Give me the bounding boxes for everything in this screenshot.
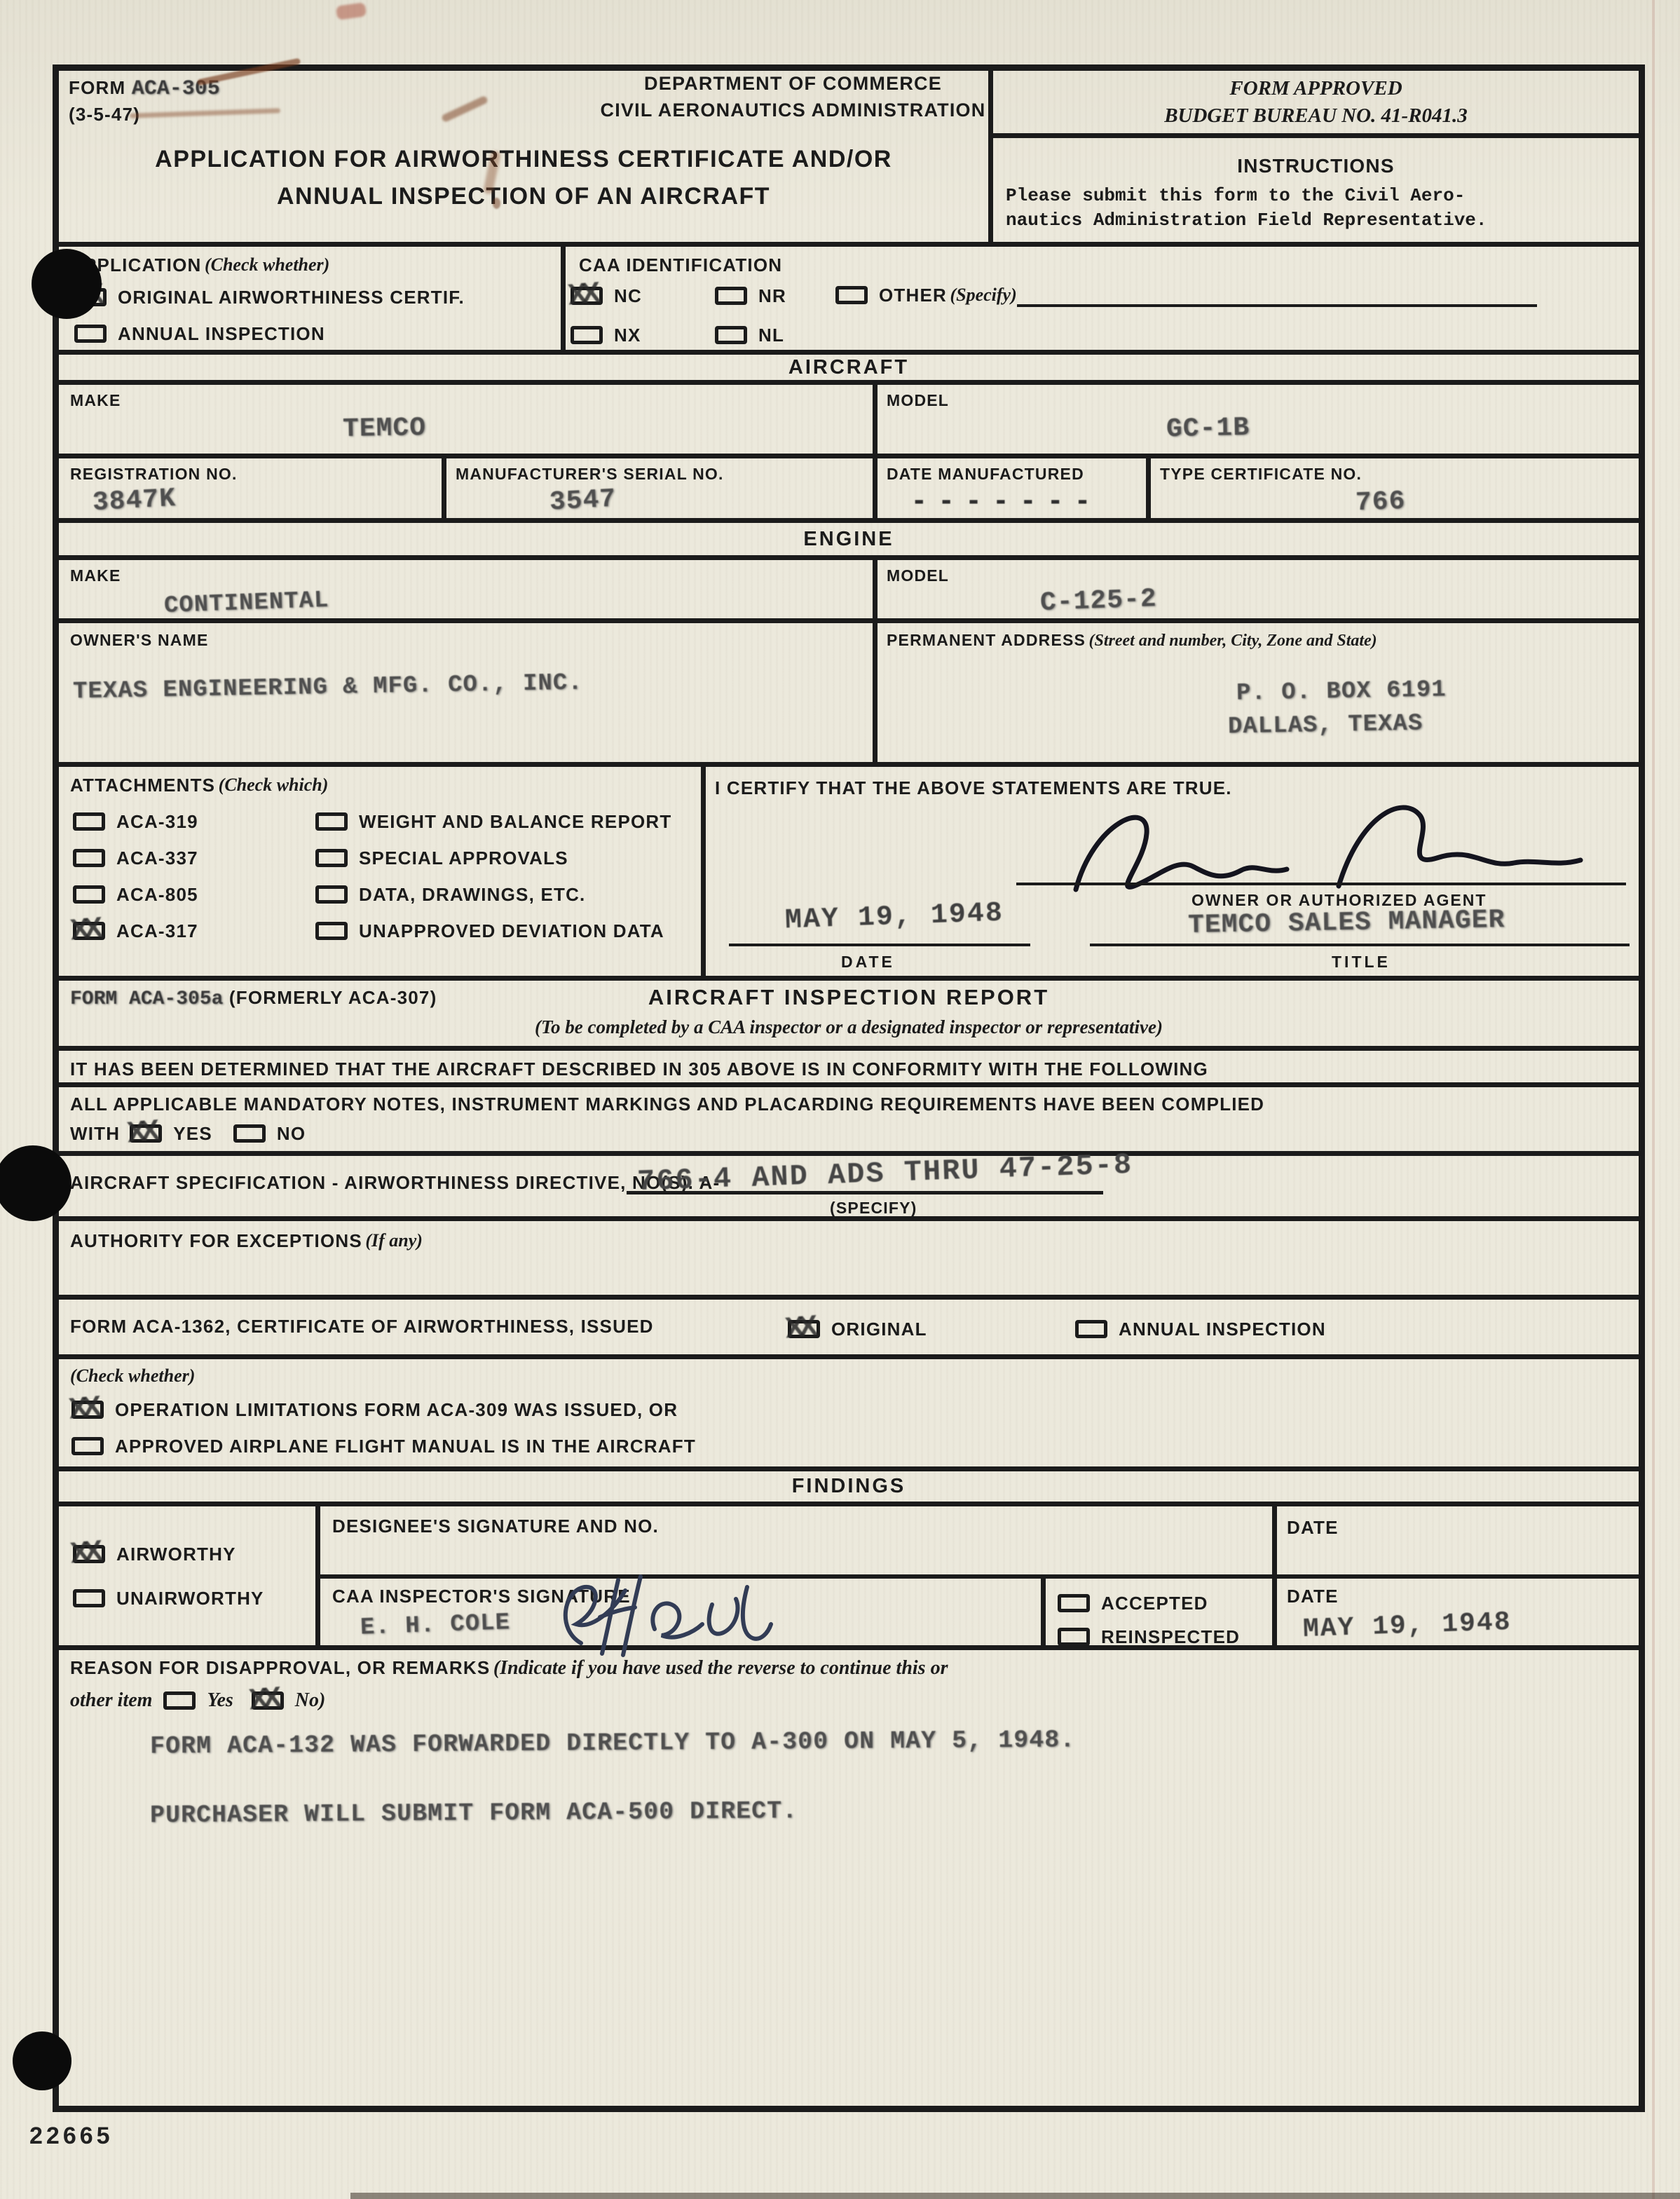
flight-manual-label: APPROVED AIRPLANE FLIGHT MANUAL IS IN TH… bbox=[115, 1435, 696, 1458]
with-label: WITH bbox=[70, 1122, 120, 1145]
application-heading: APPLICATION (Check whether) bbox=[70, 254, 329, 277]
application-hint: (Check whether) bbox=[205, 254, 329, 277]
checkbox-airworthy[interactable] bbox=[73, 1545, 105, 1563]
certify-title-label: TITLE bbox=[1332, 952, 1391, 972]
original-cert-label: ORIGINAL AIRWORTHINESS CERTIF. bbox=[118, 286, 465, 309]
instructions-body-line2: nautics Administration Field Representat… bbox=[1006, 208, 1626, 233]
registration-label: REGISTRATION NO. bbox=[70, 464, 238, 484]
check-whether-hint: (Check whether) bbox=[70, 1365, 195, 1388]
attachment-weight-balance: WEIGHT AND BALANCE REPORT bbox=[315, 810, 671, 833]
specify-hint: (SPECIFY) bbox=[830, 1198, 917, 1218]
findings-section-title: FINDINGS bbox=[792, 1476, 906, 1497]
checkbox-op-limitations[interactable] bbox=[71, 1401, 104, 1419]
checkbox-reverse-no[interactable] bbox=[252, 1691, 284, 1710]
aca1362-label: FORM ACA-1362, CERTIFICATE OF AIRWORTHIN… bbox=[70, 1315, 654, 1338]
attachment-unapproved-deviation: UNAPPROVED DEVIATION DATA bbox=[315, 920, 671, 943]
remarks-row: REASON FOR DISAPPROVAL, OR REMARKS (Indi… bbox=[59, 1650, 1639, 2106]
annual-inspection-label: ANNUAL INSPECTION bbox=[118, 322, 325, 346]
scan-crease bbox=[1652, 0, 1655, 2199]
checkbox-aca-317[interactable] bbox=[73, 922, 105, 940]
scan-bottom-edge bbox=[350, 2193, 1680, 2199]
serial-label: MANUFACTURER'S SERIAL NO. bbox=[456, 464, 724, 484]
spec-field[interactable]: 766-4 AND ADS THRU 47-25-8 (SPECIFY) bbox=[627, 1156, 1103, 1194]
accepted-option: ACCEPTED bbox=[1058, 1592, 1208, 1615]
type-cert-label: TYPE CERTIFICATE NO. bbox=[1160, 464, 1362, 484]
instructions-box: INSTRUCTIONS Please submit this form to … bbox=[993, 138, 1639, 233]
date-mfg-value[interactable]: - - - - - - - bbox=[914, 482, 1092, 517]
form-title-line1: APPLICATION FOR AIRWORTHINESS CERTIFICAT… bbox=[59, 145, 988, 174]
authority-hint: (If any) bbox=[365, 1230, 423, 1253]
checkbox-reverse-yes[interactable] bbox=[163, 1691, 196, 1710]
numbers-divider-2 bbox=[873, 458, 877, 518]
authority-label: AUTHORITY FOR EXCEPTIONS bbox=[70, 1230, 362, 1253]
aircraft-section-bar: AIRCRAFT bbox=[59, 355, 1639, 385]
form-header-row: FORM ACA-305 (3-5-47) DEPARTMENT OF COMM… bbox=[59, 71, 1639, 247]
owner-name-label: OWNER'S NAME bbox=[70, 630, 208, 651]
aca1362-row: FORM ACA-1362, CERTIFICATE OF AIRWORTHIN… bbox=[59, 1300, 1639, 1359]
header-divider bbox=[988, 71, 993, 242]
certify-date-label: DATE bbox=[841, 952, 895, 972]
other-specify-hint: (Specify) bbox=[950, 284, 1016, 307]
checkbox-nr[interactable] bbox=[715, 287, 747, 305]
unairworthy-label: UNAIRWORTHY bbox=[116, 1587, 264, 1610]
checkbox-data-drawings[interactable] bbox=[315, 885, 348, 904]
aircraft-make-label: MAKE bbox=[70, 390, 121, 411]
nx-label: NX bbox=[614, 324, 641, 347]
authority-heading: AUTHORITY FOR EXCEPTIONS (If any) bbox=[70, 1230, 423, 1253]
aircraft-make-value[interactable]: TEMCO bbox=[343, 412, 427, 446]
reinspected-label: REINSPECTED bbox=[1101, 1626, 1240, 1649]
inspector-signature[interactable] bbox=[542, 1563, 781, 1668]
checkbox-annual-inspection[interactable] bbox=[74, 325, 107, 343]
type-cert-value[interactable]: 766 bbox=[1355, 486, 1406, 519]
department-line: DEPARTMENT OF COMMERCE bbox=[542, 72, 1044, 96]
certification-cell: I CERTIFY THAT THE ABOVE STATEMENTS ARE … bbox=[701, 767, 1639, 976]
hole-punch-top bbox=[32, 249, 102, 319]
issued-annual-label: ANNUAL INSPECTION bbox=[1119, 1318, 1326, 1341]
page-serial-number: 22665 bbox=[29, 2123, 114, 2150]
approval-instructions-column: FORM APPROVED BUDGET BUREAU NO. 41-R041.… bbox=[993, 71, 1639, 242]
certify-title-line bbox=[1090, 944, 1630, 946]
checkbox-weight-balance[interactable] bbox=[315, 812, 348, 831]
nl-label: NL bbox=[758, 324, 784, 347]
numbers-divider-1 bbox=[442, 458, 446, 518]
owner-row: OWNER'S NAME TEXAS ENGINEERING & MFG. CO… bbox=[59, 623, 1639, 767]
certify-date-value[interactable]: MAY 19, 1948 bbox=[784, 900, 1004, 936]
complied-row: ALL APPLICABLE MANDATORY NOTES, INSTRUME… bbox=[59, 1087, 1639, 1156]
caa-identification-label: CAA IDENTIFICATION bbox=[579, 254, 782, 277]
engine-make-label: MAKE bbox=[70, 566, 121, 586]
findings-divider-date bbox=[1272, 1506, 1277, 1645]
attachment-aca-337: ACA-337 bbox=[73, 847, 283, 870]
instructions-title: INSTRUCTIONS bbox=[1006, 154, 1626, 178]
hole-punch-bottom bbox=[13, 2031, 71, 2090]
remarks-heading-line2: other item Yes No) bbox=[70, 1688, 325, 1713]
registration-value[interactable]: 3847K bbox=[92, 483, 177, 519]
attachment-aca-317: ACA-317 bbox=[73, 920, 283, 943]
form-approved-line: FORM APPROVED bbox=[993, 76, 1639, 101]
checkbox-aca-337[interactable] bbox=[73, 849, 105, 867]
attachment-data-drawings: DATA, DRAWINGS, ETC. bbox=[315, 883, 671, 906]
remarks-other-item: other item bbox=[70, 1688, 152, 1713]
engine-model-value[interactable]: C-125-2 bbox=[1039, 583, 1157, 619]
flight-manual-option: APPROVED AIRPLANE FLIGHT MANUAL IS IN TH… bbox=[71, 1435, 696, 1458]
findings-divider-left bbox=[315, 1506, 320, 1645]
address-line1[interactable]: P. O. BOX 6191 bbox=[1236, 676, 1447, 708]
address-line2[interactable]: DALLAS, TEXAS bbox=[1228, 710, 1423, 742]
annual-inspection-option: ANNUAL INSPECTION bbox=[74, 322, 325, 346]
remarks-label: REASON FOR DISAPPROVAL, OR REMARKS bbox=[70, 1656, 490, 1680]
aircraft-model-value[interactable]: GC-1B bbox=[1166, 412, 1250, 446]
nl-option: NL bbox=[715, 324, 784, 347]
caa-identification-cell: CAA IDENTIFICATION NC NR OTHER (Specify) bbox=[561, 247, 1639, 350]
numbers-divider-3 bbox=[1146, 458, 1151, 518]
inspection-date-value[interactable]: MAY 19, 1948 bbox=[1302, 1609, 1512, 1643]
form-title-line2: ANNUAL INSPECTION OF AN AIRCRAFT bbox=[59, 182, 988, 211]
findings-divider-accepted bbox=[1041, 1579, 1046, 1645]
engine-section-bar: ENGINE bbox=[59, 523, 1639, 560]
spec-row: AIRCRAFT SPECIFICATION - AIRWORTHINESS D… bbox=[59, 1156, 1639, 1221]
checkbox-flight-manual[interactable] bbox=[71, 1437, 104, 1455]
form-no-label: FORM bbox=[69, 77, 125, 98]
checkbox-issued-original[interactable] bbox=[788, 1320, 820, 1338]
checkbox-aca-319[interactable] bbox=[73, 812, 105, 831]
engine-divider bbox=[873, 560, 877, 618]
nc-option: NC bbox=[571, 285, 642, 308]
checkbox-accepted[interactable] bbox=[1058, 1594, 1090, 1612]
inspection-report-title: AIRCRAFT INSPECTION REPORT bbox=[59, 986, 1639, 1008]
aircraft-model-label: MODEL bbox=[887, 390, 949, 411]
spec-label: AIRCRAFT SPECIFICATION - AIRWORTHINESS D… bbox=[70, 1171, 720, 1194]
aircraft-make-model-row: MAKE TEMCO MODEL GC-1B bbox=[59, 385, 1639, 458]
authority-row: AUTHORITY FOR EXCEPTIONS (If any) bbox=[59, 1221, 1639, 1300]
aca-305-form: FORM ACA-305 (3-5-47) DEPARTMENT OF COMM… bbox=[53, 64, 1645, 2112]
attachments-certify-row: ATTACHMENTS (Check which) ACA-319 ACA-33… bbox=[59, 767, 1639, 981]
application-row: APPLICATION (Check whether) ORIGINAL AIR… bbox=[59, 247, 1639, 355]
attachments-label: ATTACHMENTS bbox=[70, 774, 215, 797]
complied-text: ALL APPLICABLE MANDATORY NOTES, INSTRUME… bbox=[70, 1093, 1264, 1116]
attachment-aca-319: ACA-319 bbox=[73, 810, 283, 833]
checkbox-nx[interactable] bbox=[571, 326, 603, 344]
remarks-line2[interactable]: PURCHASER WILL SUBMIT FORM ACA-500 DIREC… bbox=[150, 1797, 798, 1830]
owner-divider bbox=[873, 623, 877, 762]
reinspected-option: REINSPECTED bbox=[1058, 1626, 1240, 1649]
address-hint: (Street and number, City, Zone and State… bbox=[1089, 632, 1377, 650]
date-mfg-label: DATE MANUFACTURED bbox=[887, 464, 1084, 484]
budget-bureau-line: BUDGET BUREAU NO. 41-R041.3 bbox=[993, 103, 1639, 128]
agency-block: DEPARTMENT OF COMMERCE CIVIL AERONAUTICS… bbox=[542, 72, 1044, 123]
aircraft-divider bbox=[873, 385, 877, 454]
serial-value[interactable]: 3547 bbox=[549, 484, 617, 519]
designee-signature-label: DESIGNEE'S SIGNATURE AND NO. bbox=[332, 1515, 659, 1538]
findings-section-bar: FINDINGS bbox=[59, 1471, 1639, 1506]
determined-row: IT HAS BEEN DETERMINED THAT THE AIRCRAFT… bbox=[59, 1051, 1639, 1087]
attachment-aca-805: ACA-805 bbox=[73, 883, 283, 906]
checkbox-reinspected[interactable] bbox=[1058, 1628, 1090, 1646]
nc-label: NC bbox=[614, 285, 642, 308]
nx-option: NX bbox=[571, 324, 641, 347]
budget-bureau-box: FORM APPROVED BUDGET BUREAU NO. 41-R041.… bbox=[993, 71, 1639, 138]
other-option: OTHER (Specify) bbox=[835, 283, 1537, 307]
checkbox-special-approvals[interactable] bbox=[315, 849, 348, 867]
administration-line: CIVIL AERONAUTICS ADMINISTRATION bbox=[542, 99, 1044, 123]
findings-table: AIRWORTHY UNAIRWORTHY DESIGNEE'S SIGNATU… bbox=[59, 1506, 1639, 1650]
checkbox-other[interactable] bbox=[835, 286, 868, 304]
checkbox-nl[interactable] bbox=[715, 326, 747, 344]
other-label: OTHER bbox=[879, 284, 947, 307]
complied-options: WITH YES NO bbox=[70, 1122, 306, 1145]
checkbox-complied-yes[interactable] bbox=[130, 1124, 162, 1143]
checkbox-unapproved-deviation[interactable] bbox=[315, 922, 348, 940]
certify-date-line bbox=[729, 944, 1030, 946]
op-limitations-option: OPERATION LIMITATIONS FORM ACA-309 WAS I… bbox=[71, 1398, 678, 1422]
inspection-report-header-row: FORM ACA-305a (FORMERLY ACA-307) AIRCRAF… bbox=[59, 981, 1639, 1051]
checkbox-nc[interactable] bbox=[571, 287, 603, 305]
scanned-form-page: FORM ACA-305 (3-5-47) DEPARTMENT OF COMM… bbox=[0, 0, 1680, 2199]
address-heading: PERMANENT ADDRESS (Street and number, Ci… bbox=[887, 630, 1573, 651]
remarks-heading-line1: REASON FOR DISAPPROVAL, OR REMARKS (Indi… bbox=[70, 1656, 948, 1680]
ink-stain-5 bbox=[493, 198, 500, 209]
owner-name-value[interactable]: TEXAS ENGINEERING & MFG. CO., INC. bbox=[73, 669, 583, 707]
complied-yes-label: YES bbox=[173, 1122, 212, 1145]
checkbox-aca-805[interactable] bbox=[73, 885, 105, 904]
instructions-body-line1: Please submit this form to the Civil Aer… bbox=[1006, 184, 1626, 208]
attachments-grid: ACA-319 ACA-337 ACA-805 ACA-317 WEIGHT A… bbox=[73, 803, 671, 949]
other-specify-field[interactable] bbox=[1017, 283, 1537, 307]
owner-signature-line[interactable] bbox=[1016, 883, 1626, 885]
attachments-hint: (Check which) bbox=[219, 774, 329, 797]
determined-text: IT HAS BEEN DETERMINED THAT THE AIRCRAFT… bbox=[70, 1058, 1208, 1081]
nr-option: NR bbox=[715, 285, 786, 308]
complied-no-label: NO bbox=[277, 1122, 306, 1145]
address-label: PERMANENT ADDRESS bbox=[887, 631, 1086, 649]
engine-make-model-row: MAKE CONTINENTAL MODEL C-125-2 bbox=[59, 560, 1639, 623]
certify-title-value[interactable]: TEMCO SALES MANAGER bbox=[1188, 904, 1505, 941]
issued-original-label: ORIGINAL bbox=[831, 1318, 927, 1341]
unairworthy-option: UNAIRWORTHY bbox=[73, 1587, 264, 1610]
spec-value: 766-4 AND ADS THRU 47-25-8 bbox=[636, 1150, 1133, 1197]
engine-section-title: ENGINE bbox=[803, 529, 894, 550]
accepted-label: ACCEPTED bbox=[1101, 1592, 1208, 1615]
reverse-yes-label: Yes bbox=[207, 1688, 233, 1713]
op-limitations-label: OPERATION LIMITATIONS FORM ACA-309 WAS I… bbox=[115, 1398, 678, 1422]
airworthy-option: AIRWORTHY bbox=[73, 1543, 236, 1566]
attachments-heading: ATTACHMENTS (Check which) bbox=[70, 774, 328, 797]
remarks-line1[interactable]: FORM ACA-132 WAS FORWARDED DIRECTLY TO A… bbox=[150, 1725, 1075, 1761]
engine-model-label: MODEL bbox=[887, 566, 949, 586]
original-cert-option: ORIGINAL AIRWORTHINESS CERTIF. bbox=[74, 286, 465, 309]
checkbox-complied-no[interactable] bbox=[233, 1124, 266, 1143]
aca1362-original-option: ORIGINAL bbox=[788, 1318, 927, 1341]
aca1362-annual-option: ANNUAL INSPECTION bbox=[1075, 1318, 1326, 1341]
aircraft-section-title: AIRCRAFT bbox=[788, 358, 909, 378]
check-whether-row: (Check whether) OPERATION LIMITATIONS FO… bbox=[59, 1359, 1639, 1471]
reverse-no-label: No) bbox=[295, 1688, 326, 1713]
designee-date-label: DATE bbox=[1287, 1516, 1339, 1539]
checkbox-issued-annual[interactable] bbox=[1075, 1320, 1107, 1338]
checkbox-unairworthy[interactable] bbox=[73, 1589, 105, 1607]
inspection-date-label: DATE bbox=[1287, 1585, 1339, 1608]
inspection-report-subtitle: (To be completed by a CAA inspector or a… bbox=[59, 1016, 1639, 1040]
attachment-special-approvals: SPECIAL APPROVALS bbox=[315, 847, 671, 870]
inspector-typed-name: E. H. COLE bbox=[360, 1609, 510, 1642]
ink-stain-6 bbox=[336, 2, 367, 20]
nr-label: NR bbox=[758, 285, 786, 308]
engine-make-value[interactable]: CONTINENTAL bbox=[163, 587, 329, 621]
aircraft-numbers-row: REGISTRATION NO. 3847K MANUFACTURER'S SE… bbox=[59, 458, 1639, 523]
airworthy-label: AIRWORTHY bbox=[116, 1543, 236, 1566]
form-title: APPLICATION FOR AIRWORTHINESS CERTIFICAT… bbox=[59, 145, 988, 211]
findings-hsplit bbox=[320, 1574, 1639, 1579]
